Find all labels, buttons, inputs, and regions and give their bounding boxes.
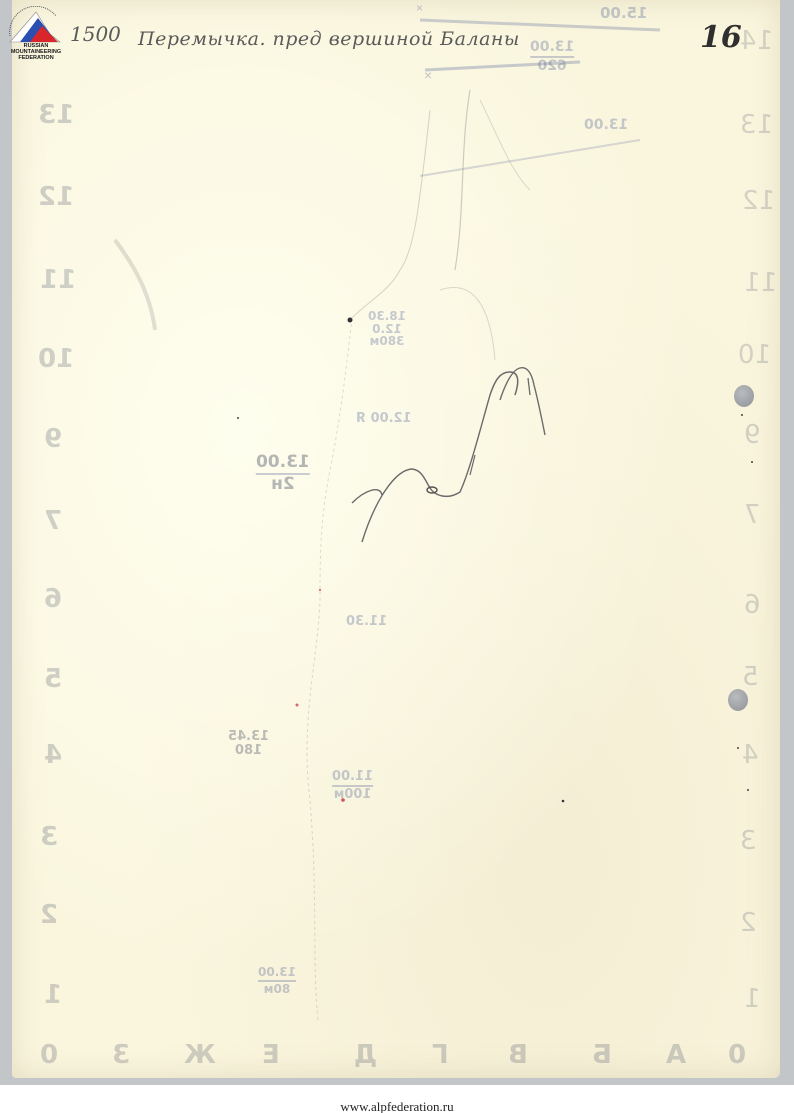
grid-col: 3 — [112, 1040, 130, 1070]
grid-row-right: 2 — [740, 908, 757, 938]
grid-row-right: 7 — [744, 500, 761, 530]
stamp-time: 18.30 12.0 380м — [368, 310, 406, 348]
stamp-time: 12.00 Я — [356, 412, 412, 426]
punch-hole-lower — [728, 689, 748, 711]
footer-url[interactable]: www.alpfederation.ru — [0, 1099, 794, 1113]
grid-row-right: 12 — [742, 186, 775, 216]
grid-row-right: 14 — [740, 26, 773, 56]
grid-row-left: 2 — [40, 900, 58, 930]
grid-col: Е — [262, 1040, 280, 1070]
grid-col: Б — [592, 1040, 612, 1070]
grid-row-right: 13 — [740, 110, 773, 140]
grid-row-left: 7 — [44, 506, 62, 536]
stamp-time: 15.00 — [600, 6, 647, 22]
grid-col: А — [666, 1040, 686, 1070]
logo-label: RUSSIAN MOUNTAINEERING FEDERATION — [6, 43, 66, 61]
stamp-time: 13.45 180 — [228, 730, 269, 757]
grid-col: В — [508, 1040, 528, 1070]
stamp-time: 13.00 — [584, 118, 628, 133]
grid-row-left: 5 — [44, 664, 62, 694]
stamp-time: 13.00 2н — [256, 454, 310, 494]
mountain-flag-icon — [6, 6, 64, 46]
grid-row-right: 10 — [738, 340, 771, 370]
stamp-time: 11.30 — [346, 615, 387, 629]
grid-row-right: 5 — [742, 662, 759, 692]
grid-row-left: 4 — [44, 740, 62, 770]
page-number: 16 — [700, 20, 742, 55]
grid-row-right: 9 — [744, 420, 761, 450]
grid-col: Г — [432, 1040, 449, 1070]
grid-row-left: 6 — [44, 584, 62, 614]
grid-row-left: 3 — [40, 822, 58, 852]
grid-row-left: 1 — [44, 980, 62, 1010]
grid-row-right: 3 — [740, 826, 757, 856]
document-sheet — [12, 0, 780, 1078]
grid-row-left: 11 — [40, 265, 76, 295]
grid-row-right: 6 — [744, 590, 761, 620]
grid-row-right: 1 — [744, 984, 761, 1014]
grid-col: 0 — [40, 1040, 58, 1070]
heading-title: Перемычка. пред вершиной Баланы — [138, 28, 520, 50]
stamp-time: 11.00 100м — [332, 770, 373, 801]
grid-row-left: 13 — [38, 100, 74, 130]
grid-row-right: 4 — [742, 740, 759, 770]
grid-row-left: 12 — [38, 182, 74, 212]
stamp-time: 13.00 620 — [530, 40, 574, 73]
grid-col: 0 — [728, 1040, 746, 1070]
grid-row-left: 9 — [44, 424, 62, 454]
grid-row-left: 10 — [38, 344, 74, 374]
federation-logo: RUSSIAN MOUNTAINEERING FEDERATION — [6, 6, 64, 58]
grid-col: Д — [354, 1040, 377, 1070]
punch-hole-upper — [734, 385, 754, 407]
stamp-time: 13.00 80м — [258, 966, 296, 995]
grid-row-right: 11 — [744, 268, 777, 298]
grid-col: Ж — [184, 1040, 216, 1070]
heading-altitude: 1500 — [70, 22, 121, 46]
